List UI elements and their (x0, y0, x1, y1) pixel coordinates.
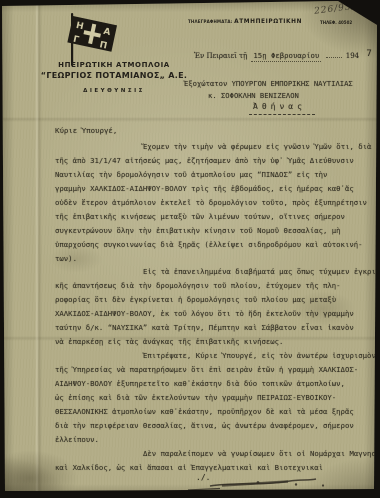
salutation: Κύριε Ὑπουργέ, (55, 126, 117, 135)
dateline-typed-date: 15ῃ Φεβρουαρίου (251, 51, 321, 62)
telegrams-label: ΤΗΛΕΓΡΑΦΗΜΑΤΑ: (188, 19, 233, 24)
dateline-dotted-gap (326, 57, 342, 58)
addressee-line1: Ἐξοχώτατον ΥΠΟΥΡΓΟΝ ΕΜΠΟΡΙΚΗΣ ΝΑΥΤΙΛΙΑΣ (184, 79, 353, 88)
body-line: Ἔχομεν τὴν τιμὴν νὰ φέρωμεν εἰς γνῶσιν Ὑ… (55, 140, 373, 154)
body-line: νὰ ἐπαρκέσῃ εἰς τὰς ἀνάγκας τῆς ἐπιβατικ… (55, 335, 373, 349)
body-line: γραμμὴν ΧΑΛΚΙΔΟΣ-ΑΙΔΗΨΟΥ-ΒΟΛΟΥ τρὶς τῆς … (55, 182, 373, 196)
body-line: ταύτην δ/κ. “ΝΑΥΣΙΚΑ” κατὰ Τρίτην, Πέμπτ… (55, 321, 373, 335)
company-name-line2: “ΓΕΩΡΓΙΟΣ ΠΟΤΑΜΙΑΝΟΣ„ Α.Ε. (33, 71, 195, 80)
body-line: ΘΕΣΣΑΛΟΝΙΚΗΣ ἀτμοπλοίων καθ᾽ἑκάστην, προ… (55, 405, 373, 419)
body-line: ὑπαρχούσης συγκοινωνίας διὰ ξηρᾶς (ἐλλεί… (55, 238, 373, 252)
handwritten-flourish (140, 472, 330, 494)
body-line: οὐδὲν ἕτερον ἀτμόπλοιον ἐκτελεῖ τὸ δρομο… (55, 196, 373, 210)
letter-paper: Η Α Γ Π ΗΠΕΙΡΩΤΙΚΗ ΑΤΜΟΠΛΟΙΑ “ΓΕΩΡΓΙΟΣ Π… (0, 0, 380, 498)
telegrams-address: ΑΤΜΗΠΕΙΡΩΤΙΚΗΝ (234, 19, 302, 25)
body-line: τῆς Ὑπηρεσίας νὰ παρατηρήσωμεν ὅτι ἐπὶ σ… (55, 363, 373, 377)
addressee-city-underline (249, 114, 315, 115)
body-line: διὰ τὴν περιφέρειαν Θεσσαλίας, ἅτινα, ὡς… (55, 419, 373, 433)
phone-line: ΤΗΛΕΦ. 40502 (320, 20, 352, 25)
body-line: ὡς ἐπίσης καὶ διὰ τῶν ἐκτελούντων τὴν γρ… (55, 391, 373, 405)
document-photo: Η Α Γ Π ΗΠΕΙΡΩΤΙΚΗ ΑΤΜΟΠΛΟΙΑ “ΓΕΩΡΓΙΟΣ Π… (0, 0, 380, 498)
body-line: τῆς ἀπὸ 31/1/47 αἰτήσεώς μας, ἐζητήσαμεν… (55, 154, 373, 168)
company-name-line1: ΗΠΕΙΡΩΤΙΚΗ ΑΤΜΟΠΛΟΙΑ (38, 61, 190, 69)
company-direction-label: ΔΙΕΥΘΥΝΣΙΣ (38, 88, 190, 94)
body-line: τῆς ἐπιβατικῆς κινήσεως μεταξὺ τῶν λιμέν… (55, 210, 373, 224)
body-line: Ἐπιτρέψατε, Κύριε Ὑπουργέ, εἰς τὸν ἀνωτέ… (55, 349, 373, 363)
addressee-line2: κ. ΣΟΦΟΚΛΗΝ ΒΕΝΙΖΕΛΟΝ (208, 91, 299, 100)
body-line: κῆς ἀπαντήσεως διὰ τὴν δρομολόγησιν τοῦ … (55, 279, 373, 293)
letter-body: Ἔχομεν τὴν τιμὴν νὰ φέρωμεν εἰς γνῶσιν Ὑ… (55, 140, 373, 475)
body-line: συγκεντρώνουν ὅλην τὴν ἐπιβατικὴν κίνησι… (55, 224, 373, 238)
body-line: ΧΑΛΚΙΔΟΣ-ΑΙΔΗΨΟΥ-ΒΟΛΟΥ, ἐκ τοῦ λόγου ὅτι… (55, 307, 373, 321)
body-line: ἐλλείπουν. (55, 433, 373, 447)
body-line: Δὲν παραλείπομεν νὰ γνωρίσωμεν ὅτι οἱ Νο… (55, 447, 373, 461)
body-line: Εἰς τὰ ἐπανειλημμένα διαβήματά μας ὅπως … (55, 265, 373, 279)
dateline-printed-prefix: Ἐν Πειραιεῖ τῇ (194, 52, 247, 60)
addressee-city: Ἀθήνας (253, 102, 306, 111)
handwritten-ref-number: 226/93/246 (314, 0, 377, 17)
telegrams-line: ΤΗΛΕΓΡΑΦΗΜΑΤΑ: ΑΤΜΗΠΕΙΡΩΤΙΚΗΝ (188, 19, 302, 25)
dateline: Ἐν Πειραιεῖ τῇ 15ῃ Φεβρουαρίου 194 7 (194, 51, 372, 61)
body-line: των). (55, 252, 373, 266)
body-line: Ναυτιλίας τὴν δρομολόγησιν τοῦ ἀτμοπλοίο… (55, 168, 373, 182)
body-line: ροφορίας ὅτι δὲν ἐγκρίνεται ἡ δρομολόγησ… (55, 293, 373, 307)
body-line: ΑΙΔΗΨΟΥ-ΒΟΛΟΥ ἐξυπηρετεῖτο καθ᾽ἑκάστην δ… (55, 377, 373, 391)
dateline-typed-year-digit: 7 (366, 49, 371, 59)
dateline-printed-year: 194 (346, 52, 359, 60)
